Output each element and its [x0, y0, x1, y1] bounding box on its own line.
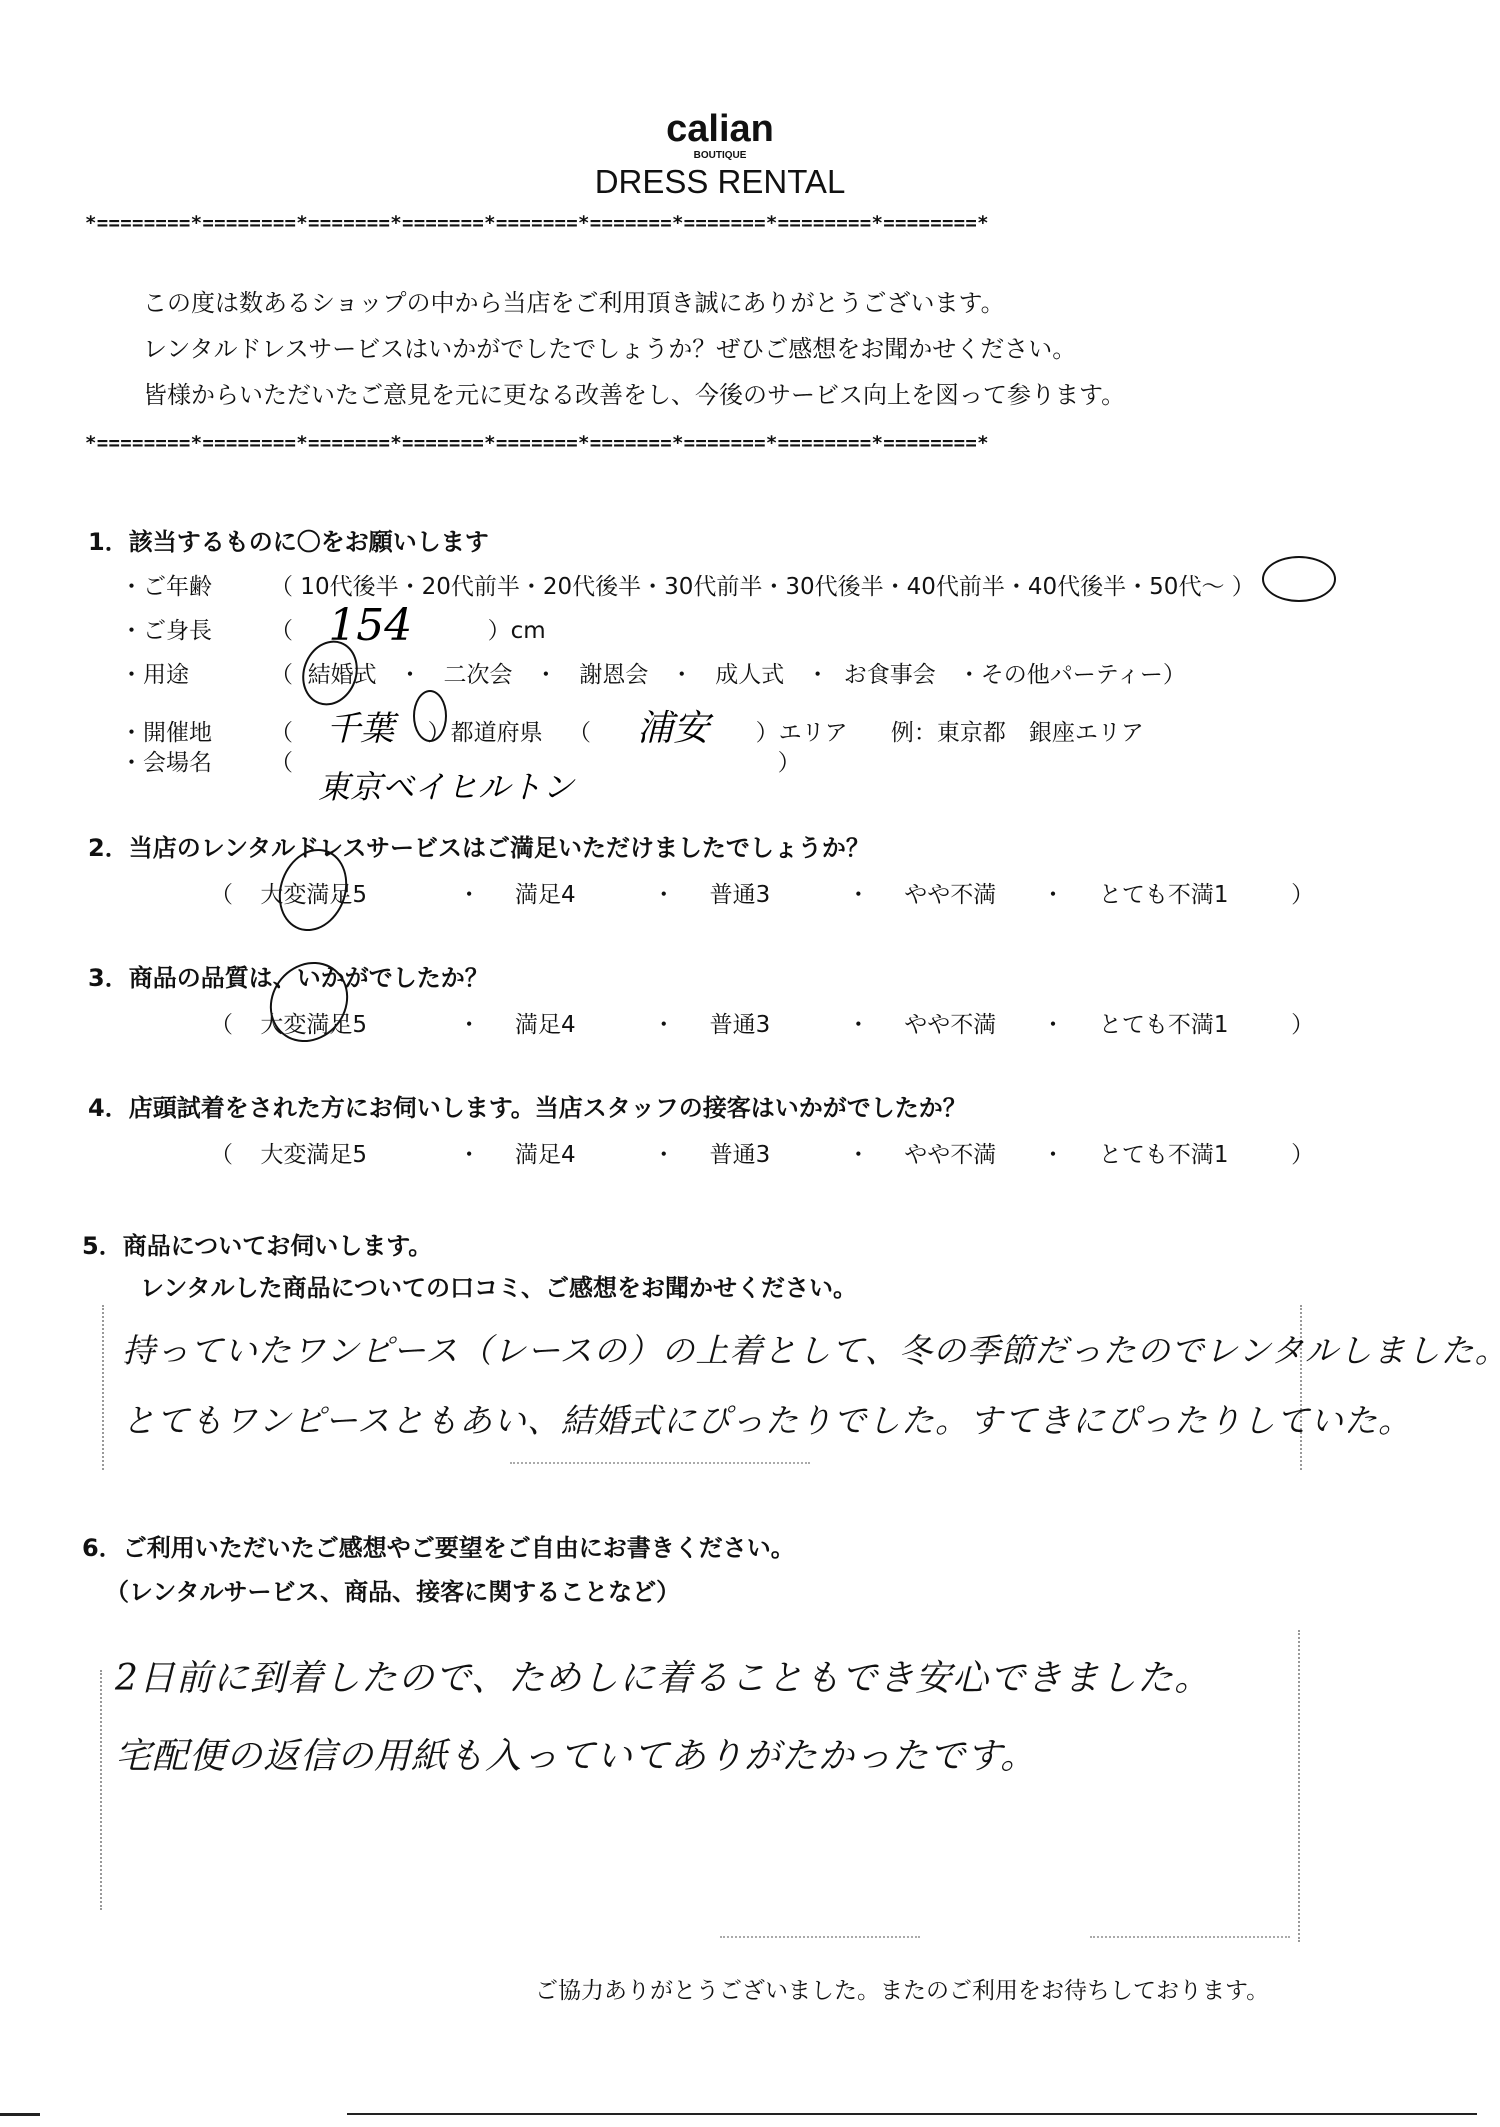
q2-option-4[interactable]: 満足4 — [515, 876, 645, 909]
close-paren: ） — [1291, 1136, 1314, 1169]
q2-option-2[interactable]: やや不満 — [904, 876, 1034, 909]
footer-thanks: ご協力ありがとうございました。またのご利用をお待ちしております。 — [535, 1972, 1269, 2005]
q4-option-1[interactable]: とても不満1 — [1099, 1136, 1284, 1169]
open-paren: （ — [270, 750, 293, 776]
brand-name: calian — [0, 110, 1440, 148]
separator: ・ — [458, 1136, 508, 1169]
close-paren: ） — [1291, 1006, 1314, 1039]
q4-rating: （ 大変満足5 ・ 満足4 ・ 普通3 ・ やや不満 ・ とても不満1 ） — [210, 1136, 1314, 1169]
divider-bottom: *========*========*=======*=======*=====… — [85, 432, 1385, 454]
bottom-rule — [347, 2113, 1477, 2115]
open-paren: （ — [270, 618, 293, 644]
q4-option-3[interactable]: 普通3 — [710, 1136, 840, 1169]
brand-header: calian BOUTIQUE DRESS RENTAL — [0, 110, 1440, 200]
separator: ・ — [652, 1136, 702, 1169]
q4-option-4[interactable]: 満足4 — [515, 1136, 645, 1169]
location-label: ・開催地 — [120, 714, 270, 747]
open-paren: （ — [270, 720, 293, 746]
brand-subtitle: BOUTIQUE — [0, 150, 1440, 162]
prefecture-selection-circle — [413, 690, 447, 742]
q3-option-1[interactable]: とても不満1 — [1099, 1006, 1284, 1039]
q4-option-2[interactable]: やや不満 — [904, 1136, 1034, 1169]
open-paren: （ — [210, 1136, 233, 1169]
q6-box-left-border — [100, 1670, 102, 1910]
separator: ・ — [458, 1006, 508, 1039]
q6-subtitle: （レンタルサービス、商品、接客に関することなど） — [105, 1572, 680, 1607]
location-example: 例：東京都 銀座エリア — [891, 720, 1144, 746]
divider-top: *========*========*=======*=======*=====… — [85, 212, 1385, 234]
separator: ・ — [458, 876, 508, 909]
separator: ・ — [1042, 1136, 1092, 1169]
q6-box-right-border — [1298, 1630, 1300, 1942]
separator: ・ — [1042, 876, 1092, 909]
q4-option-5[interactable]: 大変満足5 — [260, 1136, 450, 1169]
q2-rating: （ 大変満足5 ・ 満足4 ・ 普通3 ・ やや不満 ・ とても不満1 ） — [210, 876, 1314, 909]
close-paren: ） — [1291, 876, 1314, 909]
close-paren: ） — [778, 750, 801, 776]
q5-title: 5．商品についてお伺いします。 — [82, 1226, 432, 1261]
intro-line: 皆様からいただいたご意見を元に更なる改善をし、今後のサービス向上を図って参ります… — [143, 372, 1125, 418]
q2-option-3[interactable]: 普通3 — [710, 876, 840, 909]
separator: ・ — [847, 1006, 897, 1039]
separator: ・ — [1042, 1006, 1092, 1039]
height-unit: ）cm — [488, 618, 546, 644]
age-label: ・ご年齢 — [120, 568, 270, 601]
q1-purpose-row: ・用途（ 結婚式 ・ 二次会 ・ 謝恩会 ・ 成人式 ・ お食事会 ・その他パー… — [120, 656, 1186, 689]
q5-subtitle: レンタルした商品についての口コミ、ご感想をお聞かせください。 — [140, 1268, 857, 1303]
q5-answer-field[interactable]: 持っていたワンピース（レースの）の上着として、冬の季節だったのでレンタルしました… — [122, 1325, 1292, 1465]
intro-line: レンタルドレスサービスはいかがでしたでしょうか？ぜひご感想をお聞かせください。 — [143, 326, 1125, 372]
q2-title: 2．当店のレンタルドレスサービスはご満足いただけましたでしょうか？ — [88, 828, 870, 863]
q5-box-right-border — [1300, 1305, 1302, 1470]
q6-box-bottom-border — [1090, 1936, 1290, 1938]
separator: ・ — [847, 1136, 897, 1169]
page-title: DRESS RENTAL — [0, 164, 1440, 200]
q6-answer-field[interactable]: 2日前に到着したので、ためしに着ることもでき安心できました。 宅配便の返信の用紙… — [115, 1650, 1285, 1806]
intro-line: この度は数あるショップの中から当店をご利用頂き誠にありがとうございます。 — [143, 280, 1125, 326]
age-options[interactable]: （ 10代後半・20代前半・20代後半・30代前半・30代後半・40代前半・40… — [270, 574, 1255, 600]
purpose-label: ・用途 — [120, 656, 270, 689]
intro-text: この度は数あるショップの中から当店をご利用頂き誠にありがとうございます。 レンタ… — [143, 280, 1125, 418]
height-label: ・ご身長 — [120, 612, 270, 645]
separator: ・ — [652, 1006, 702, 1039]
q5-answer-line: とてもワンピースともあい、結婚式にぴったりでした。すてきにぴったりしていた。 — [122, 1395, 1292, 1465]
q5-box-left-border — [102, 1305, 104, 1470]
q1-title: 1．該当するものに〇をお願いします — [88, 522, 489, 557]
separator: ・ — [652, 876, 702, 909]
q1-age-row: ・ご年齢（ 10代後半・20代前半・20代後半・30代前半・30代後半・40代前… — [120, 568, 1255, 601]
separator: ・ — [847, 876, 897, 909]
age-selection-circle — [1262, 556, 1336, 602]
q3-rating: （ 大変満足5 ・ 満足4 ・ 普通3 ・ やや不満 ・ とても不満1 ） — [210, 1006, 1314, 1039]
prefecture-field[interactable]: 千葉 — [300, 701, 420, 750]
venue-field[interactable]: 東京ベイヒルトン — [318, 762, 574, 808]
area-suffix: ）エリア — [756, 720, 848, 746]
q6-title: 6．ご利用いただいたご感想やご要望をご自由にお書きください。 — [82, 1528, 795, 1563]
purpose-options[interactable]: （ 結婚式 ・ 二次会 ・ 謝恩会 ・ 成人式 ・ お食事会 ・その他パーティー… — [270, 662, 1186, 688]
q3-option-2[interactable]: やや不満 — [904, 1006, 1034, 1039]
q2-option-1[interactable]: とても不満1 — [1099, 876, 1284, 909]
open-paren: （ — [210, 876, 233, 909]
venue-label: ・会場名 — [120, 744, 270, 777]
q6-answer-line: 宅配便の返信の用紙も入っていてありがたかったです。 — [115, 1728, 1285, 1806]
open-paren: （ — [210, 1006, 233, 1039]
q3-option-3[interactable]: 普通3 — [710, 1006, 840, 1039]
q6-answer-line: 2日前に到着したので、ためしに着ることもでき安心できました。 — [115, 1650, 1285, 1728]
q5-answer-line: 持っていたワンピース（レースの）の上着として、冬の季節だったのでレンタルしました… — [122, 1325, 1292, 1395]
q4-title: 4．店頭試着をされた方にお伺いします。当店スタッフの接客はいかがでしたか？ — [88, 1088, 967, 1123]
open-paren: （ — [568, 720, 591, 746]
q6-box-bottom-border — [720, 1936, 920, 1938]
q3-option-4[interactable]: 満足4 — [515, 1006, 645, 1039]
scan-edge-mark — [0, 2113, 40, 2116]
